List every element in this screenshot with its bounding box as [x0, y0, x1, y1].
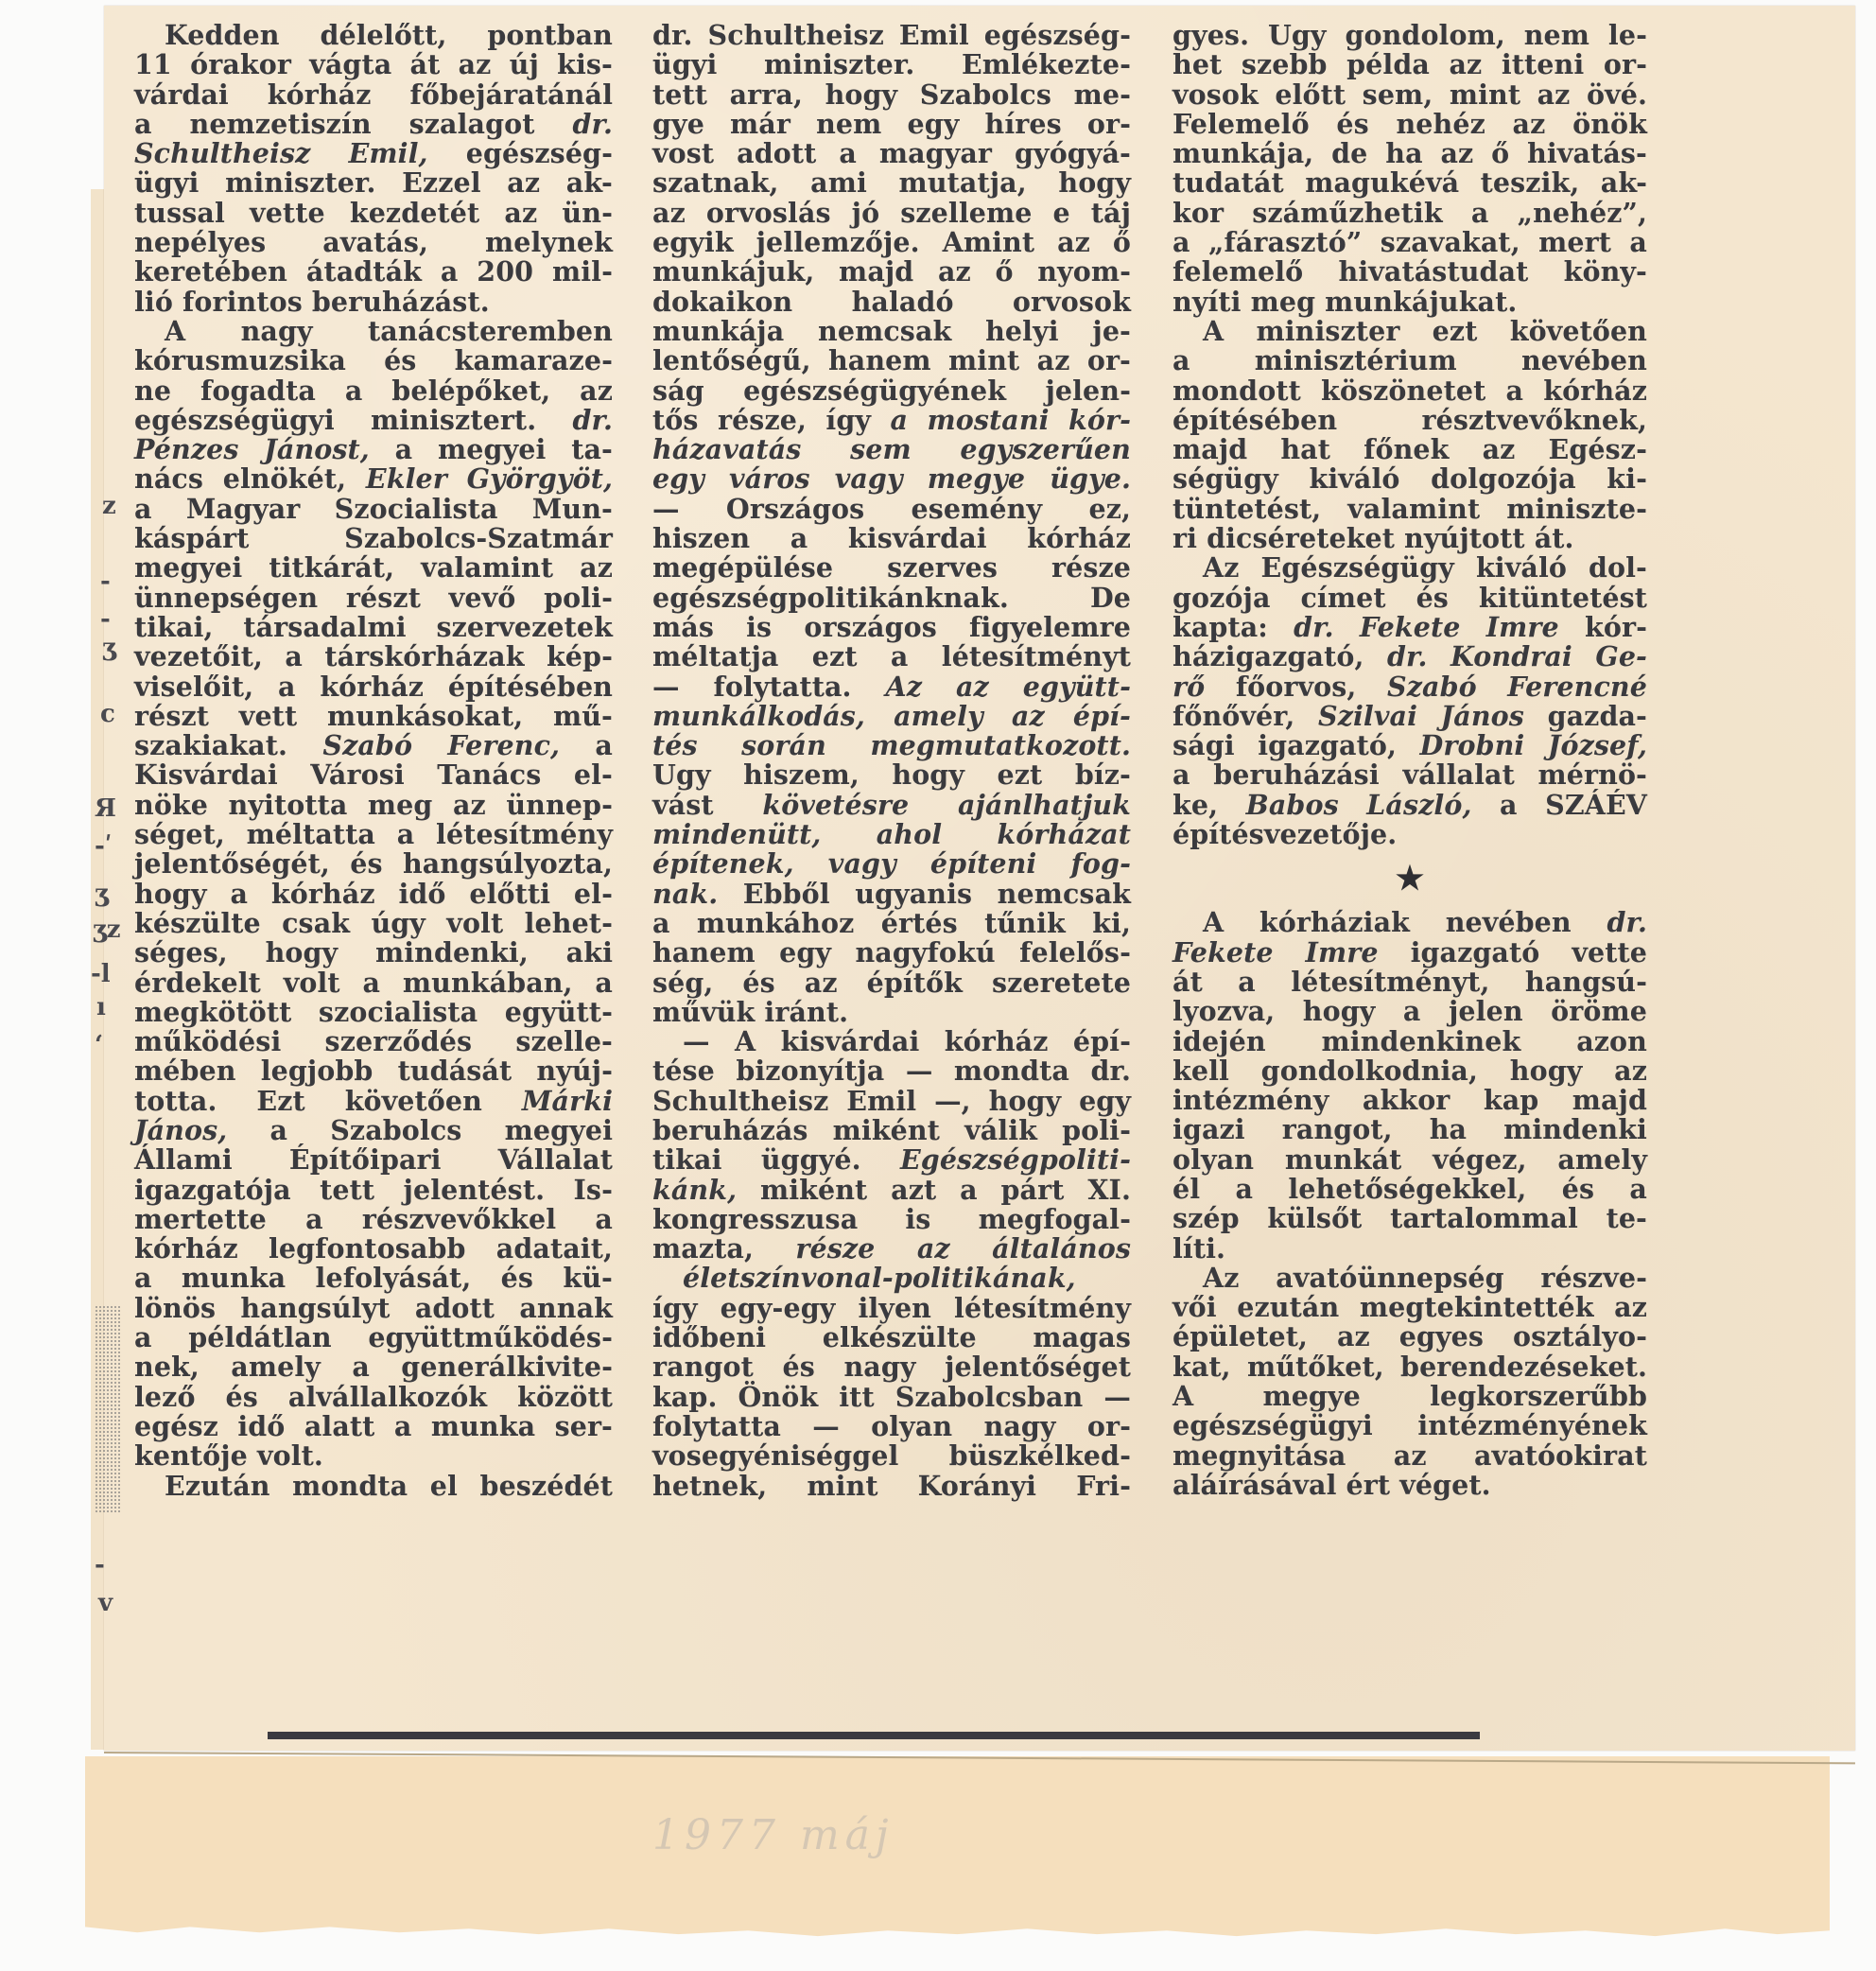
text-run: mében legjobb tudását nyúj- [134, 1055, 613, 1087]
edge-fragment-glyph: - [95, 1551, 105, 1579]
text-line: egészségügyi intézményének [1172, 1411, 1647, 1440]
italic-name-run: Drobni József, [1420, 729, 1647, 761]
text-run: viselőit, a kórház építésében [134, 671, 613, 703]
text-line: kap. Önök itt Szabolcsban — [652, 1383, 1131, 1412]
text-line: viselőit, a kórház építésében [134, 672, 613, 702]
text-line: Ugy hiszem, hogy ezt bíz- [652, 760, 1131, 790]
text-line: A kórháziak nevében dr. [1172, 908, 1647, 937]
text-line: gye már nem egy híres or- [652, 110, 1131, 139]
text-run: ri dicséreteket nyújtott át. [1172, 522, 1574, 554]
text-line: dokaikon haladó orvosok [652, 288, 1131, 317]
text-line: ri dicséreteket nyújtott át. [1172, 524, 1647, 553]
text-run: vosok előtt sem, mint az övé. [1172, 78, 1647, 111]
text-line: működési szerződés szelle- [134, 1027, 613, 1056]
text-run: kell gondolkodnia, hogy az [1172, 1055, 1647, 1087]
text-line: házavatás sem egyszerűen [652, 435, 1131, 464]
text-line: tikai, társadalmi szervezetek [134, 613, 613, 642]
text-run: főorvos, [1205, 671, 1387, 703]
text-line: tudatát magukévá teszik, ak- [1172, 168, 1647, 198]
text-run: — Országos esemény ez, [652, 493, 1131, 525]
text-line: nöke nyitotta meg az ünnep- [134, 791, 613, 820]
text-run: ne fogadta a belépőket, az [134, 375, 613, 407]
text-line: A nagy tanácsteremben [134, 317, 613, 346]
text-line: részt vett munkásokat, mű- [134, 702, 613, 731]
text-run: munkájuk, majd az ő nyom- [652, 255, 1131, 288]
text-line: beruházás miként válik poli- [652, 1116, 1131, 1145]
italic-name-run: tés során megmutatkozott. [652, 729, 1131, 761]
text-line: lió forintos beruházást. [134, 288, 613, 317]
text-run: tikai, társadalmi szervezetek [134, 611, 613, 643]
text-line: vost adott a magyar gyógyá- [652, 139, 1131, 168]
text-line: főnővér, Szilvai János gazda- [1172, 702, 1647, 731]
text-line: aláírásával ért véget. [1172, 1471, 1647, 1500]
text-run: Ugy hiszem, hogy ezt bíz- [652, 759, 1131, 791]
text-line: séges, hogy mindenki, aki [134, 938, 613, 968]
text-run: mondott köszönetet a kórház [1172, 375, 1647, 407]
text-run: lentőségű, hanem mint az or- [652, 344, 1131, 376]
text-line: tüntetést, valamint miniszte- [1172, 495, 1647, 524]
italic-name-run: Babos László, [1246, 789, 1472, 821]
text-line: igazgatója tett jelentést. Is- [134, 1176, 613, 1205]
text-run: gye már nem egy híres or- [652, 108, 1131, 140]
text-run: vást [652, 789, 762, 821]
text-line: Kisvárdai Városi Tanács el- [134, 760, 613, 790]
text-run: séget, méltatta a létesítmény [134, 818, 613, 850]
text-run: egészség- [428, 137, 613, 169]
text-run: lyozva, hogy a jelen öröme [1172, 995, 1647, 1027]
italic-name-run: mindenütt, ahol kórházat [652, 818, 1131, 850]
text-run: más is országos figyelemre [652, 611, 1131, 643]
text-run: él a lehetőségekkel, és a [1172, 1173, 1647, 1205]
text-line: szép külsőt tartalommal te- [1172, 1204, 1647, 1233]
text-line: hetnek, mint Korányi Fri- [652, 1472, 1131, 1501]
italic-name-run: dr. Fekete Imre [1294, 611, 1559, 643]
text-run: házigazgató, [1172, 640, 1387, 672]
text-run: A kórháziak nevében [1203, 906, 1607, 938]
text-line: kongresszusa is megfogal- [652, 1205, 1131, 1234]
edge-fragment-glyph: ʒ [95, 880, 109, 908]
text-line: szakiakat. Szabó Ferenc, a [134, 731, 613, 760]
text-run: méltatja ezt a létesítményt [652, 640, 1131, 672]
text-line: készülte csak úgy volt lehet- [134, 909, 613, 938]
clipping-paper-lower-scrap [85, 1756, 1830, 1942]
text-line: dr. Schultheisz Emil egészség- [652, 21, 1131, 50]
text-run: — A kisvárdai kórház épí- [683, 1025, 1131, 1057]
text-line: a „fárasztó” szavakat, mert a [1172, 228, 1647, 257]
text-line: építésében résztvevőknek, [1172, 406, 1647, 435]
text-run: ünnepségen részt vevő poli- [134, 582, 613, 614]
text-line: kor száműzhetik a „nehéz”, [1172, 199, 1647, 228]
text-line: séget, méltatta a létesítmény [134, 820, 613, 849]
text-run: nács elnökét, [134, 462, 366, 495]
text-line: felemelő hivatástudat köny- [1172, 257, 1647, 287]
text-line: keretében átadták a 200 mil- [134, 257, 613, 287]
text-run: épületet, az egyes osztályo- [1172, 1320, 1647, 1352]
text-run: A nagy tanácsteremben [165, 315, 613, 347]
text-run: a Magyar Szocialista Mun- [134, 493, 613, 525]
text-line: nek, amely a generálkivite- [134, 1352, 613, 1382]
text-line: Az avatóünnepség részve- [1172, 1264, 1647, 1293]
edge-fragment-glyph: ʒz [93, 916, 121, 944]
text-line: vezetőit, a társkórházak kép- [134, 642, 613, 672]
text-run: folytatta — olyan nagy or- [652, 1410, 1131, 1442]
text-run: mertette a részvevőkkel a [134, 1203, 613, 1235]
text-run: káspárt Szabolcs-Szatmár [134, 522, 613, 554]
italic-name-run: dr. Kondrai Ge- [1387, 640, 1647, 672]
text-run: a minisztérium nevében [1172, 344, 1647, 376]
italic-name-run: része az általános [795, 1232, 1131, 1265]
text-run: szatnak, ami mutatja, hogy [652, 166, 1131, 199]
text-run: kór- [1559, 611, 1647, 643]
text-line: át a létesítményt, hangsú- [1172, 968, 1647, 997]
text-run: dokaikon haladó orvosok [652, 286, 1131, 318]
italic-name-run: rő [1172, 671, 1205, 703]
text-line: nepélyes avatás, melynek [134, 228, 613, 257]
text-line: kórház legfontosabb adatait, [134, 1234, 613, 1264]
text-run: várdai kórház főbejáratánál [134, 78, 613, 111]
text-line: intézmény akkor kap majd [1172, 1086, 1647, 1115]
text-run: — folytatta. [652, 671, 886, 703]
text-line: líti. [1172, 1234, 1647, 1264]
italic-name-run: Pénzes Jánost, [134, 433, 370, 465]
text-line: Az Egészségügy kiváló dol- [1172, 553, 1647, 583]
text-line: hiszen a kisvárdai kórház [652, 524, 1131, 553]
text-run: miként azt a párt XI. [737, 1174, 1131, 1206]
italic-name-run: dr. [1607, 906, 1647, 938]
text-line: ségügy kiváló dolgozója ki- [1172, 464, 1647, 494]
text-run: a beruházási vállalat mérnö- [1172, 759, 1647, 791]
text-run: Kedden délelőtt, pontban [165, 19, 613, 51]
text-run: így egy-egy ilyen létesítmény [652, 1292, 1131, 1324]
text-line: igazi rangot, ha mindenki [1172, 1115, 1647, 1144]
text-line: tős része, így a mostani kór- [652, 406, 1131, 435]
text-run: részt vett munkásokat, mű- [134, 700, 613, 732]
text-run: igazgató vette [1379, 936, 1647, 968]
text-run: vezetőit, a társkórházak kép- [134, 640, 613, 672]
text-run: kor száműzhetik a „nehéz”, [1172, 197, 1647, 229]
text-run: egészségügyi minisztert. [134, 404, 572, 436]
text-run: Az avatóünnepség részve- [1203, 1262, 1647, 1294]
text-run: a példátlan együttműködés- [134, 1321, 613, 1353]
text-line: munkájuk, majd az ő nyom- [652, 257, 1131, 287]
text-run: aláírásával ért véget. [1172, 1469, 1491, 1501]
text-line: méltatja ezt a létesítményt [652, 642, 1131, 672]
article-column-1: Kedden délelőtt, pontban11 órakor vágta … [134, 21, 613, 1501]
text-line: tikai üggyé. Egészségpoliti- [652, 1145, 1131, 1175]
text-line: vosok előtt sem, mint az övé. [1172, 80, 1647, 110]
text-run: egészségpolitikánknak. De [652, 582, 1131, 614]
text-line: tése bizonyítja — mondta dr. [652, 1056, 1131, 1086]
text-run: ság egészségügyének jelen- [652, 375, 1131, 407]
text-run: het szebb példa az itteni or- [1172, 48, 1647, 80]
text-run: az orvoslás jó szelleme e táj [652, 197, 1131, 229]
text-line: ügyi miniszter. Ezzel az ak- [134, 168, 613, 198]
italic-name-run: házavatás sem egyszerűen [652, 433, 1131, 465]
text-line: Schultheisz Emil, egészség- [134, 139, 613, 168]
text-line: mében legjobb tudását nyúj- [134, 1056, 613, 1086]
text-run: hetnek, mint Korányi Fri- [652, 1470, 1131, 1502]
edge-fragment-glyph: -ʹ [95, 832, 113, 861]
text-line: munkája, de ha az ő hivatás- [1172, 139, 1647, 168]
text-line: érdekelt volt a munkában, a [134, 968, 613, 998]
text-run: vosegyéniséggel büszkélked- [652, 1439, 1131, 1472]
text-run: Schultheisz Emil —, hogy egy [652, 1085, 1131, 1117]
text-line: folytatta — olyan nagy or- [652, 1412, 1131, 1441]
text-line: megnyitása az avatóokirat [1172, 1441, 1647, 1471]
italic-name-run: nak. [652, 878, 718, 910]
text-line: mindenütt, ahol kórházat [652, 820, 1131, 849]
text-line: időbeni elkészülte magas [652, 1323, 1131, 1352]
text-line: majd hat főnek az Egész- [1172, 435, 1647, 464]
text-run: építésvezetője. [1172, 818, 1397, 850]
text-run: lező és alvállalkozók között [134, 1381, 613, 1413]
italic-name-run: Fekete Imre [1172, 936, 1379, 968]
text-line: a minisztérium nevében [1172, 346, 1647, 375]
text-line: ság egészségügyének jelen- [652, 376, 1131, 406]
text-run: lönös hangsúlyt adott annak [134, 1292, 613, 1324]
text-line: kell gondolkodnia, hogy az [1172, 1056, 1647, 1086]
text-run: olyan munkát végez, amely [1172, 1143, 1647, 1176]
text-run: a munkához értés tűnik ki, [652, 907, 1131, 939]
italic-name-run: dr. [572, 404, 613, 436]
text-line: munkája nemcsak helyi je- [652, 317, 1131, 346]
edge-fragment-glyph: - [100, 605, 111, 634]
text-line: életszínvonal-politikának, [652, 1264, 1131, 1293]
text-line: gozója címet és kitüntetést [1172, 584, 1647, 613]
text-line: idején mindenkinek azon [1172, 1027, 1647, 1056]
text-run: működési szerződés szelle- [134, 1025, 613, 1057]
italic-name-run: Szabó Ferenc, [322, 729, 560, 761]
text-run: kat, műtőket, berendezéseket. [1172, 1351, 1647, 1383]
text-run: sági igazgató, [1172, 729, 1420, 761]
text-line: hogy a kórház idő előtti el- [134, 880, 613, 909]
text-line: totta. Ezt követően Márki [134, 1087, 613, 1116]
text-line: él a lehetőségekkel, és a [1172, 1175, 1647, 1204]
italic-name-run: életszínvonal-politikának, [683, 1262, 1076, 1294]
text-line: kentője volt. [134, 1441, 613, 1471]
text-run: Felemelő és nehéz az önök [1172, 108, 1647, 140]
text-run: a nemzetiszín szalagot [134, 108, 572, 140]
text-line: A miniszter ezt követően [1172, 317, 1647, 346]
text-line: a példátlan együttműködés- [134, 1323, 613, 1352]
text-run: kapta: [1172, 611, 1294, 643]
italic-name-run: Szilvai János [1318, 700, 1524, 732]
text-run: rangot és nagy jelentőséget [652, 1351, 1131, 1383]
text-line: ünnepségen részt vevő poli- [134, 584, 613, 613]
text-line: lyozva, hogy a jelen öröme [1172, 997, 1647, 1026]
text-line: kórusmuzsika és kamaraze- [134, 346, 613, 375]
text-run: a megyei ta- [370, 433, 613, 465]
text-run: egyik jellemzője. Amint az ő [652, 226, 1131, 258]
text-run: ke, [1172, 789, 1246, 821]
text-line: vői ezután megtekintették az [1172, 1293, 1647, 1322]
text-line: jelentőségét, és hangsúlyozta, [134, 849, 613, 879]
text-line: nács elnökét, Ekler Györgyöt, [134, 464, 613, 494]
text-run: főnővér, [1172, 700, 1318, 732]
text-run: totta. Ezt követően [134, 1085, 522, 1117]
edge-fragment-glyph: ʒ [102, 634, 116, 662]
text-run: majd hat főnek az Egész- [1172, 433, 1647, 465]
text-line: sági igazgató, Drobni József, [1172, 731, 1647, 760]
text-line: kánk, miként azt a párt XI. [652, 1176, 1131, 1205]
text-run: át a létesítményt, hangsú- [1172, 966, 1647, 998]
text-run: megépülése szerves része [652, 551, 1131, 584]
text-run: kórház legfontosabb adatait, [134, 1232, 613, 1265]
section-separator-star-icon: ★ [1172, 849, 1647, 908]
edge-fragment-glyph: v [98, 1589, 113, 1617]
text-line: nak. Ebből ugyanis nemcsak [652, 880, 1131, 909]
italic-name-run: építenek, vagy építeni fog- [652, 847, 1131, 880]
italic-name-run: Egészségpoliti- [900, 1143, 1131, 1176]
text-run: tüntetést, valamint miniszte- [1172, 493, 1647, 525]
text-line: szatnak, ami mutatja, hogy [652, 168, 1131, 198]
text-line: művük iránt. [652, 998, 1131, 1027]
text-run: gyes. Ugy gondolom, nem le- [1172, 19, 1647, 51]
text-line: mazta, része az általános [652, 1234, 1131, 1264]
text-run: megkötött szocialista együtt- [134, 996, 613, 1028]
text-line: ke, Babos László, a SZÁÉV [1172, 791, 1647, 820]
text-run: Ebből ugyanis nemcsak [718, 878, 1131, 910]
text-line: Fekete Imre igazgató vette [1172, 938, 1647, 968]
text-line: mertette a részvevőkkel a [134, 1205, 613, 1234]
text-run: tikai üggyé. [652, 1143, 900, 1176]
text-line: kapta: dr. Fekete Imre kór- [1172, 613, 1647, 642]
text-run: gazda- [1524, 700, 1647, 732]
text-run: séges, hogy mindenki, aki [134, 936, 613, 968]
text-line: lező és alvállalkozók között [134, 1383, 613, 1412]
text-line: tussal vette kezdetét az ün- [134, 199, 613, 228]
text-line: megyei titkárát, valamint az [134, 553, 613, 583]
italic-name-run: dr. [572, 108, 613, 140]
text-run: munkája nemcsak helyi je- [652, 315, 1131, 347]
text-run: hiszen a kisvárdai kórház [652, 522, 1131, 554]
edge-fragment-glyph: Я [95, 794, 116, 823]
text-line: — A kisvárdai kórház épí- [652, 1027, 1131, 1056]
text-line: tett arra, hogy Szabolcs me- [652, 80, 1131, 110]
text-run: a [560, 729, 613, 761]
text-line: Pénzes Jánost, a megyei ta- [134, 435, 613, 464]
text-line: rő főorvos, Szabó Ferencné [1172, 672, 1647, 702]
text-run: munkája, de ha az ő hivatás- [1172, 137, 1647, 169]
text-run: tése bizonyítja — mondta dr. [652, 1055, 1131, 1087]
text-run: keretében átadták a 200 mil- [134, 255, 613, 288]
italic-name-run: Márki [522, 1085, 613, 1117]
italic-name-run: a mostani kór- [890, 404, 1131, 436]
text-run: vői ezután megtekintették az [1172, 1291, 1647, 1323]
text-run: 11 órakor vágta át az új kis- [134, 48, 613, 80]
italic-name-run: követésre ajánlhatjuk [762, 789, 1131, 821]
text-run: művük iránt. [652, 996, 848, 1028]
text-line: építenek, vagy építeni fog- [652, 849, 1131, 879]
text-run: időbeni elkészülte magas [652, 1321, 1131, 1353]
text-line: Kedden délelőtt, pontban [134, 21, 613, 50]
text-run: dr. Schultheisz Emil egészség- [652, 19, 1131, 51]
text-run: Ezután mondta el beszédét [165, 1470, 613, 1502]
text-run: idején mindenkinek azon [1172, 1025, 1647, 1057]
text-line: János, a Szabolcs megyei [134, 1116, 613, 1145]
edge-fragment-glyph: z [102, 492, 116, 520]
text-run: egészségügyi intézményének [1172, 1409, 1647, 1441]
text-run: intézmény akkor kap majd [1172, 1084, 1647, 1116]
text-run: Kisvárdai Városi Tanács el- [134, 759, 613, 791]
italic-name-run: kánk, [652, 1174, 737, 1206]
text-line: mondott köszönetet a kórház [1172, 376, 1647, 406]
text-line: egész idő alatt a munka ser- [134, 1412, 613, 1441]
text-line: ség, és az építők szeretete [652, 968, 1131, 998]
edge-fragment-glyph: ı [96, 993, 106, 1021]
italic-name-run: Ekler Györgyöt, [366, 462, 613, 495]
text-line: épületet, az egyes osztályo- [1172, 1322, 1647, 1352]
text-line: más is országos figyelemre [652, 613, 1131, 642]
text-run: nöke nyitotta meg az ünnep- [134, 789, 613, 821]
text-line: A megye legkorszerűbb [1172, 1382, 1647, 1411]
text-run: kongresszusa is megfogal- [652, 1203, 1131, 1235]
text-line: káspárt Szabolcs-Szatmár [134, 524, 613, 553]
text-run: igazi rangot, ha mindenki [1172, 1113, 1647, 1145]
text-run: kentője volt. [134, 1439, 323, 1472]
text-run: ügyi miniszter. Emlékezte- [652, 48, 1131, 80]
text-run: megnyitása az avatóokirat [1172, 1439, 1647, 1472]
text-run: hogy a kórház idő előtti el- [134, 878, 613, 910]
text-line: gyes. Ugy gondolom, nem le- [1172, 21, 1647, 50]
text-run: líti. [1172, 1232, 1225, 1265]
text-line: egészségpolitikánknak. De [652, 584, 1131, 613]
text-line: rangot és nagy jelentőséget [652, 1352, 1131, 1382]
italic-name-run: egy város vagy megye ügye. [652, 462, 1131, 495]
text-run: a Szabolcs megyei [227, 1114, 613, 1146]
text-run: tett arra, hogy Szabolcs me- [652, 78, 1131, 111]
text-run: ségügy kiváló dolgozója ki- [1172, 462, 1647, 495]
text-run: Az Egészségügy kiváló dol- [1203, 551, 1647, 584]
text-line: egyik jellemzője. Amint az ő [652, 228, 1131, 257]
text-run: nepélyes avatás, melynek [134, 226, 613, 258]
text-line: egészségügyi minisztert. dr. [134, 406, 613, 435]
text-run: igazgatója tett jelentést. Is- [134, 1174, 613, 1206]
handwritten-pencil-note: 1977 máj [652, 1811, 895, 1859]
italic-name-run: Az az együtt- [886, 671, 1131, 703]
text-line: vást követésre ajánlhatjuk [652, 791, 1131, 820]
text-line: Állami Építőipari Vállalat [134, 1145, 613, 1175]
article-column-2: dr. Schultheisz Emil egészség-ügyi minis… [652, 21, 1131, 1501]
text-line: ügyi miniszter. Emlékezte- [652, 50, 1131, 79]
text-line: a munka lefolyását, és kü- [134, 1264, 613, 1293]
text-line: a beruházási vállalat mérnö- [1172, 760, 1647, 790]
text-line: a Magyar Szocialista Mun- [134, 495, 613, 524]
text-run: jelentőségét, és hangsúlyozta, [134, 847, 613, 880]
text-run: szakiakat. [134, 729, 322, 761]
text-run: egész idő alatt a munka ser- [134, 1410, 613, 1442]
text-line: megépülése szerves része [652, 553, 1131, 583]
text-line: a munkához értés tűnik ki, [652, 909, 1131, 938]
text-line: házigazgató, dr. Kondrai Ge- [1172, 642, 1647, 672]
text-line: ne fogadta a belépőket, az [134, 376, 613, 406]
text-line: az orvoslás jó szelleme e táj [652, 199, 1131, 228]
text-run: a SZÁÉV [1471, 789, 1647, 821]
text-run: nyíti meg munkájukat. [1172, 286, 1517, 318]
text-line: het szebb példa az itteni or- [1172, 50, 1647, 79]
text-line: olyan munkát végez, amely [1172, 1145, 1647, 1175]
article-column-3: gyes. Ugy gondolom, nem le-het szebb pél… [1172, 21, 1647, 1500]
text-run: építésében résztvevőknek, [1172, 404, 1647, 436]
text-run: felemelő hivatástudat köny- [1172, 255, 1647, 288]
text-line: a nemzetiszín szalagot dr. [134, 110, 613, 139]
text-run: gozója címet és kitüntetést [1172, 582, 1647, 614]
text-line: Felemelő és nehéz az önök [1172, 110, 1647, 139]
text-run: ügyi miniszter. Ezzel az ak- [134, 166, 613, 199]
text-line: lönös hangsúlyt adott annak [134, 1294, 613, 1323]
edge-fragment-glyph: ʻ [95, 1031, 103, 1059]
text-run: A miniszter ezt követően [1203, 315, 1647, 347]
